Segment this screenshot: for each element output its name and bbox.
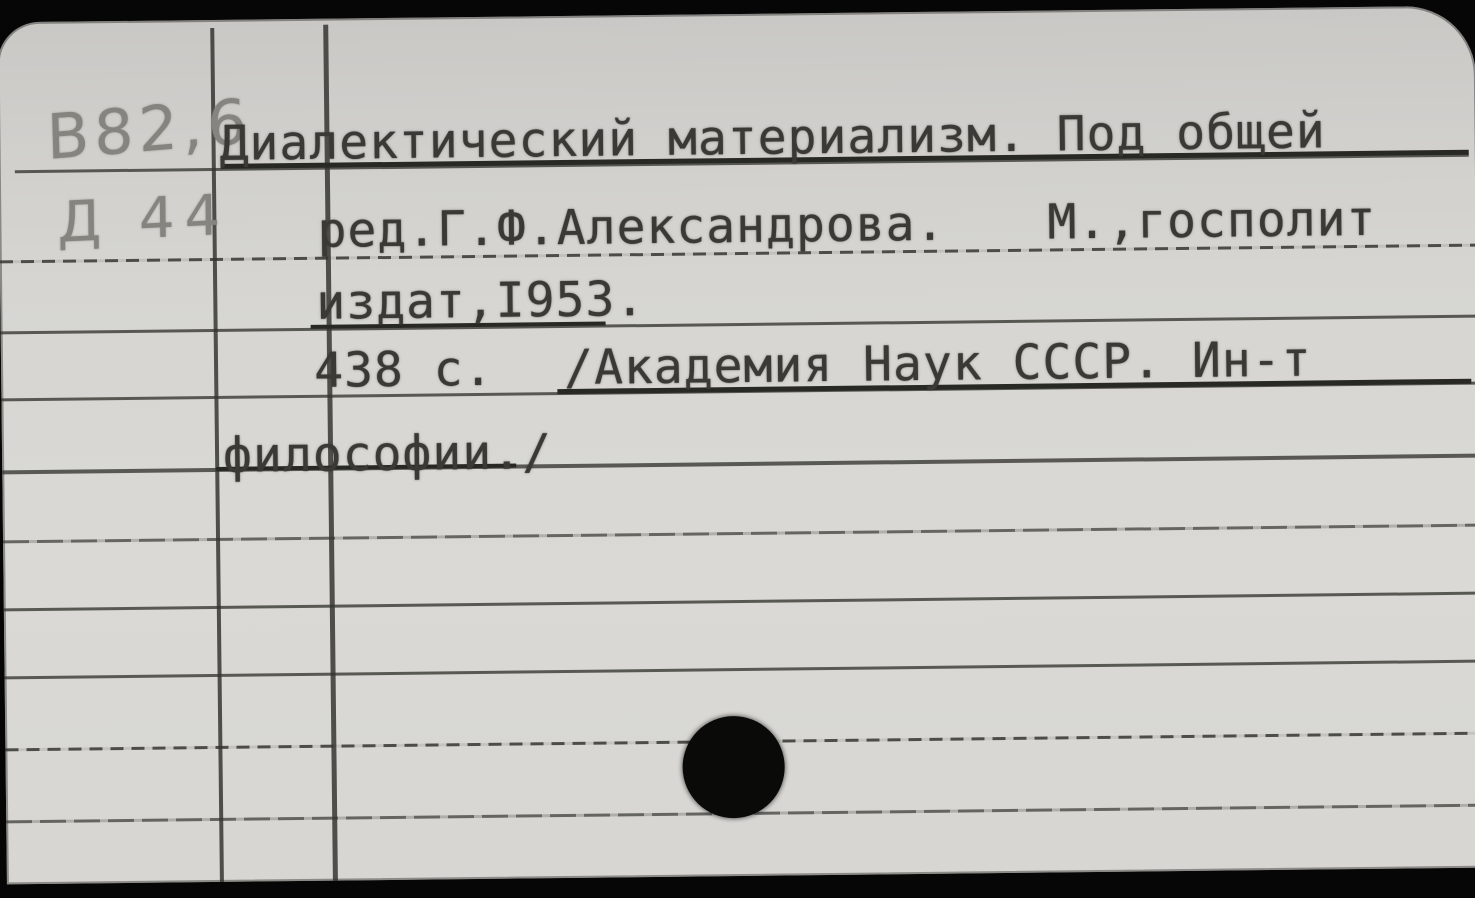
row-rule-6 <box>3 524 1475 544</box>
institute-segment: /Академия Наук СССР. Ин-т <box>564 332 1312 397</box>
place-publisher-segment: М.,госполит <box>1047 191 1377 251</box>
institute-line2: философии./ <box>223 424 553 484</box>
scanned-catalog-card-background: В82,6 Д 44 Диалектический материализм. П… <box>0 0 1475 898</box>
title-line: Диалектический материализм. Под общей <box>219 103 1326 172</box>
pages-segment: 438 с. <box>314 341 494 399</box>
editor-segment: ред.Г.Ф.Александрова. <box>317 196 945 259</box>
hole-punch <box>682 716 785 819</box>
catalog-card: В82,6 Д 44 Диалектический материализм. П… <box>0 6 1475 885</box>
call-number-author: Д 44 <box>57 183 230 256</box>
row-rule-7 <box>4 592 1475 612</box>
imprint-line: издат,I953. <box>316 271 646 331</box>
row-rule-8 <box>5 660 1475 680</box>
